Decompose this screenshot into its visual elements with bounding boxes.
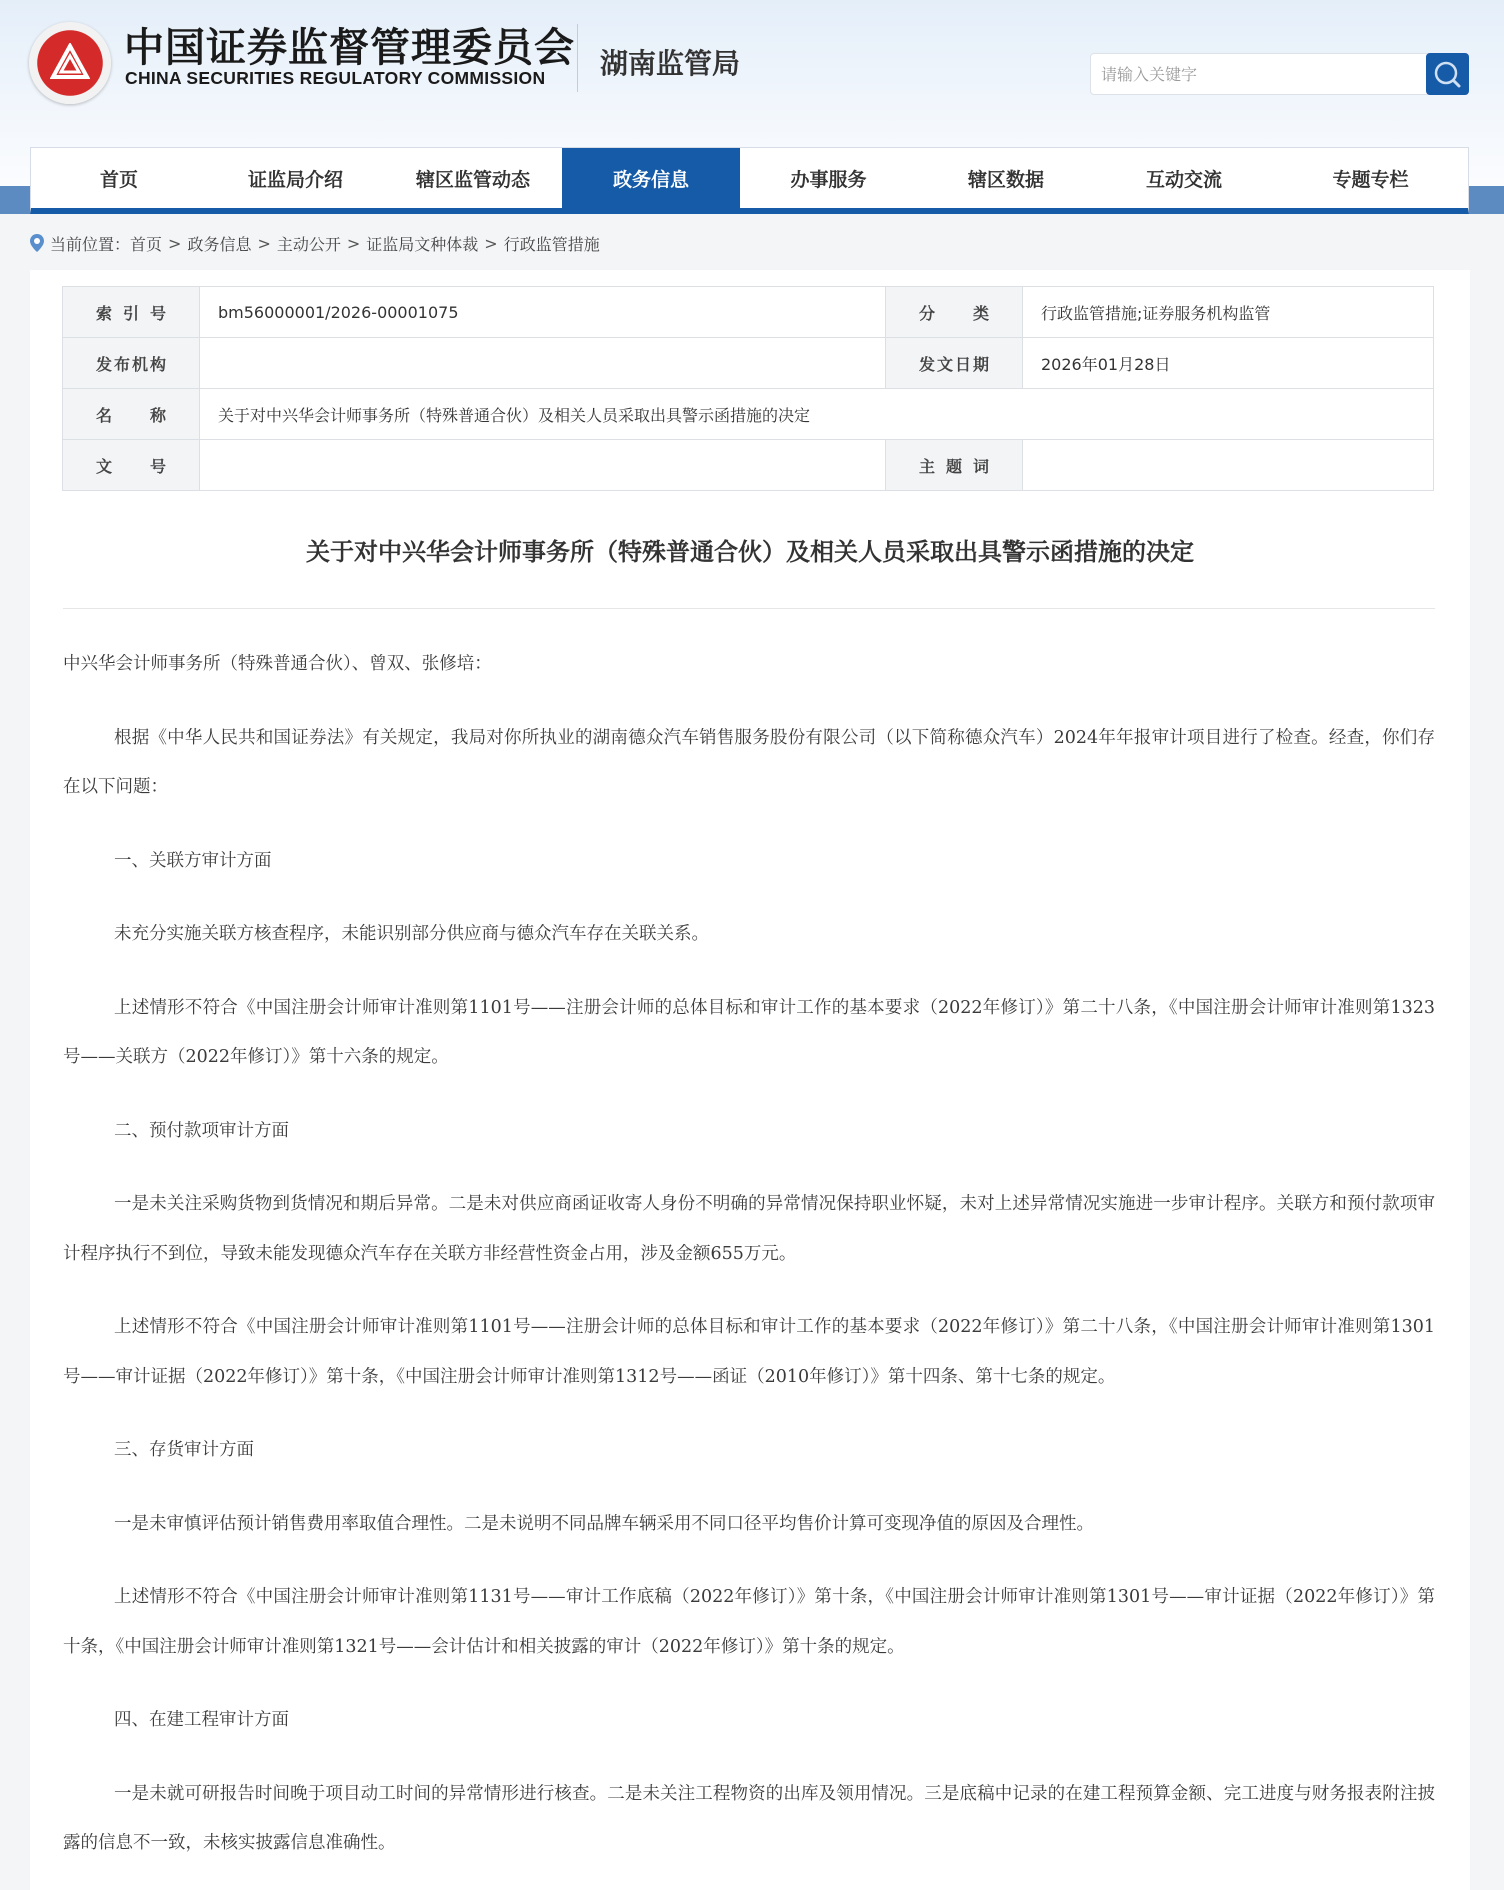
- nav-item-regional-data[interactable]: 辖区数据: [917, 148, 1095, 208]
- addressee: 中兴华会计师事务所（特殊普通合伙）、曾双、张修培：: [63, 640, 1435, 690]
- nav-item-special-topics[interactable]: 专题专栏: [1273, 148, 1468, 208]
- title-divider: [63, 608, 1435, 609]
- index-label: 索引号: [96, 301, 166, 324]
- paragraph: 一是未审慎评估预计销售费用率取值合理性。二是未说明不同品牌车辆采用不同口径平均售…: [63, 1500, 1435, 1550]
- docno-value: [200, 440, 886, 491]
- name-value: 关于对中兴华会计师事务所（特殊普通合伙）及相关人员采取出具警示函措施的决定: [200, 389, 1434, 440]
- nav-item-interaction[interactable]: 互动交流: [1095, 148, 1273, 208]
- nav-item-government-info[interactable]: 政务信息: [562, 148, 740, 208]
- category-label: 分类: [919, 301, 989, 324]
- search-input[interactable]: [1090, 53, 1428, 95]
- table-row: 发布机构 发文日期 2026年01月28日: [63, 338, 1434, 389]
- section-heading: 一、关联方审计方面: [63, 837, 1435, 887]
- breadcrumb-separator: >: [347, 234, 360, 253]
- section-heading: 二、预付款项审计方面: [63, 1107, 1435, 1157]
- publisher-label: 发布机构: [96, 352, 166, 375]
- keywords-value: [1023, 440, 1434, 491]
- date-label: 发文日期: [919, 352, 989, 375]
- paragraph: 一是未就可研报告时间晚于项目动工时间的异常情形进行核查。二是未关注工程物资的出库…: [63, 1770, 1435, 1869]
- paragraph: 上述情形不符合《中国注册会计师审计准则第1131号——审计工作底稿（2022年修…: [63, 1573, 1435, 1672]
- document-title: 关于对中兴华会计师事务所（特殊普通合伙）及相关人员采取出具警示函措施的决定: [30, 532, 1470, 567]
- document-metadata-table: 索引号 bm56000001/2026-00001075 分类 行政监管措施;证…: [62, 286, 1434, 491]
- section-heading: 四、在建工程审计方面: [63, 1696, 1435, 1746]
- table-row: 文号 主题词: [63, 440, 1434, 491]
- bureau-name: 湖南监管局: [600, 42, 740, 82]
- keywords-label: 主题词: [919, 454, 989, 477]
- paragraph: 根据《中华人民共和国证券法》有关规定，我局对你所执业的湖南德众汽车销售服务股份有…: [63, 714, 1435, 813]
- docno-label: 文号: [96, 454, 166, 477]
- breadcrumb: 当前位置： 首页 > 政务信息 > 主动公开 > 证监局文种体裁 > 行政监管措…: [30, 230, 600, 256]
- org-name-cn: 中国证券监督管理委员会: [124, 24, 575, 72]
- nav-item-regional-news[interactable]: 辖区监管动态: [384, 148, 562, 208]
- article-panel: 索引号 bm56000001/2026-00001075 分类 行政监管措施;证…: [30, 270, 1470, 1890]
- breadcrumb-government-info[interactable]: 政务信息: [187, 232, 251, 255]
- date-value: 2026年01月28日: [1023, 338, 1434, 389]
- nav-item-services[interactable]: 办事服务: [740, 148, 917, 208]
- csrc-logo-icon[interactable]: [29, 22, 111, 104]
- breadcrumb-public-disclosure[interactable]: 主动公开: [277, 232, 341, 255]
- paragraph: 一是未关注采购货物到货情况和期后异常。二是未对供应商函证收寄人身份不明确的异常情…: [63, 1180, 1435, 1279]
- breadcrumb-admin-measures[interactable]: 行政监管措施: [504, 232, 600, 255]
- publisher-value: [200, 338, 886, 389]
- section-heading: 三、存货审计方面: [63, 1426, 1435, 1476]
- category-value: 行政监管措施;证券服务机构监管: [1023, 287, 1434, 338]
- breadcrumb-separator: >: [168, 234, 181, 253]
- breadcrumb-separator: >: [484, 234, 497, 253]
- paragraph: 未充分实施关联方核查程序，未能识别部分供应商与德众汽车存在关联关系。: [63, 910, 1435, 960]
- breadcrumb-document-types[interactable]: 证监局文种体裁: [366, 232, 478, 255]
- paragraph: 上述情形不符合《中国注册会计师审计准则第1101号——注册会计师的总体目标和审计…: [63, 984, 1435, 1083]
- table-row: 名称 关于对中兴华会计师事务所（特殊普通合伙）及相关人员采取出具警示函措施的决定: [63, 389, 1434, 440]
- breadcrumb-separator: >: [257, 234, 270, 253]
- main-nav: 首页 证监局介绍 辖区监管动态 政务信息 办事服务 辖区数据 互动交流 专题专栏: [30, 147, 1469, 214]
- header-divider: [577, 24, 578, 92]
- location-pin-icon: [30, 234, 44, 252]
- nav-item-home[interactable]: 首页: [31, 148, 207, 208]
- document-body: 中兴华会计师事务所（特殊普通合伙）、曾双、张修培： 根据《中华人民共和国证券法》…: [63, 640, 1435, 1890]
- table-row: 索引号 bm56000001/2026-00001075 分类 行政监管措施;证…: [63, 287, 1434, 338]
- breadcrumb-prefix: 当前位置：: [50, 232, 130, 255]
- search-icon: [1433, 60, 1462, 89]
- name-label: 名称: [96, 403, 166, 426]
- search-button[interactable]: [1426, 53, 1469, 95]
- breadcrumb-home[interactable]: 首页: [130, 232, 162, 255]
- paragraph: 上述情形不符合《中国注册会计师审计准则第1101号——注册会计师的总体目标和审计…: [63, 1303, 1435, 1402]
- index-value: bm56000001/2026-00001075: [200, 287, 886, 338]
- nav-item-bureau-intro[interactable]: 证监局介绍: [207, 148, 384, 208]
- org-name-en: CHINA SECURITIES REGULATORY COMMISSION: [125, 68, 545, 89]
